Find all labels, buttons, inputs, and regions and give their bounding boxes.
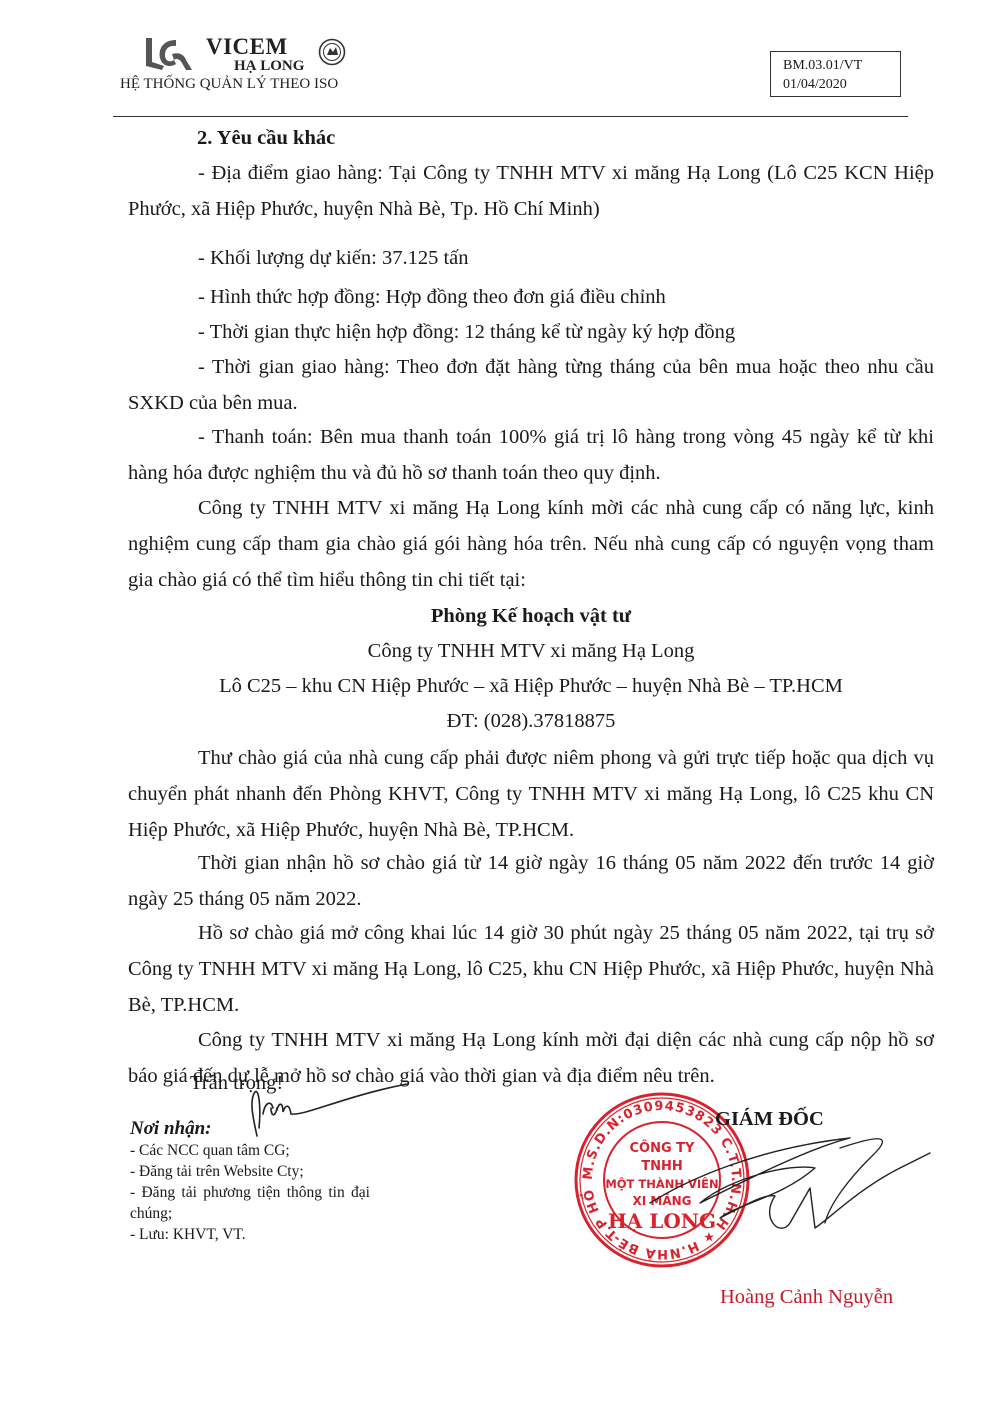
- brand-name: VICEM: [206, 34, 288, 60]
- form-date: 01/04/2020: [783, 75, 888, 94]
- requirement-volume: - Khối lượng dự kiến: 37.125 tấn: [128, 240, 934, 276]
- invitation-paragraph: Công ty TNHH MTV xi măng Hạ Long kính mờ…: [128, 490, 934, 598]
- recipient-item: - Đăng tải trên Website Cty;: [130, 1161, 370, 1182]
- stamp-line: CÔNG TY: [630, 1140, 696, 1156]
- recipients-block: Nơi nhận: - Các NCC quan tâm CG; - Đăng …: [130, 1118, 370, 1245]
- recipient-item: - Lưu: KHVT, VT.: [130, 1224, 370, 1245]
- brand-subtitle: HẠ LONG: [234, 58, 304, 75]
- header-divider: [113, 116, 908, 117]
- recipients-title: Nơi nhận:: [130, 1118, 370, 1140]
- lg-logo-icon: [142, 36, 194, 72]
- requirement-contract-duration: - Thời gian thực hiện hợp đồng: 12 tháng…: [128, 314, 934, 350]
- receipt-time-paragraph: Thời gian nhận hồ sơ chào giá từ 14 giờ …: [128, 845, 934, 917]
- contact-phone: ĐT: (028).37818875: [128, 703, 934, 739]
- contact-department: Phòng Kế hoạch vật tư: [128, 598, 934, 634]
- contact-company: Công ty TNHH MTV xi măng Hạ Long: [128, 633, 934, 669]
- requirement-payment: - Thanh toán: Bên mua thanh toán 100% gi…: [128, 419, 934, 491]
- stamp-line: XI MĂNG: [632, 1193, 691, 1208]
- stamp-line: MỘT THÀNH VIÊN: [605, 1176, 718, 1191]
- company-logo: VICEM HẠ LONG HỆ THỐNG QUẢN LÝ THEO ISO: [120, 36, 370, 98]
- signer-title: GIÁM ĐỐC: [715, 1108, 824, 1131]
- signer-name: Hoàng Cảnh Nguyễn: [720, 1286, 893, 1309]
- document-page: VICEM HẠ LONG HỆ THỐNG QUẢN LÝ THEO ISO …: [0, 0, 1000, 1415]
- form-code-box: BM.03.01/VT 01/04/2020: [770, 51, 901, 97]
- recipient-item: - Các NCC quan tâm CG;: [130, 1140, 370, 1161]
- recipient-item: - Đăng tải phương tiện thông tin đại chú…: [130, 1182, 370, 1224]
- requirement-contract-type: - Hình thức hợp đồng: Hợp đồng theo đơn …: [128, 279, 934, 315]
- submission-paragraph: Thư chào giá của nhà cung cấp phải được …: [128, 740, 934, 848]
- opening-paragraph: Hồ sơ chào giá mở công khai lúc 14 giờ 3…: [128, 915, 934, 1023]
- closing-greeting: Trân trọng!: [190, 1072, 283, 1095]
- iso-system-label: HỆ THỐNG QUẢN LÝ THEO ISO: [120, 76, 338, 93]
- form-code: BM.03.01/VT: [783, 56, 888, 75]
- stamp-line: TNHH: [641, 1159, 683, 1174]
- section-title: 2. Yêu cầu khác: [197, 127, 335, 150]
- requirement-delivery-location: - Địa điểm giao hàng: Tại Công ty TNHH M…: [128, 155, 934, 227]
- company-emblem-icon: [318, 38, 346, 66]
- stamp-line: HẠ LONG: [608, 1209, 716, 1233]
- requirement-delivery-time: - Thời gian giao hàng: Theo đơn đặt hàng…: [128, 349, 934, 421]
- contact-address: Lô C25 – khu CN Hiệp Phước – xã Hiệp Phư…: [128, 668, 934, 704]
